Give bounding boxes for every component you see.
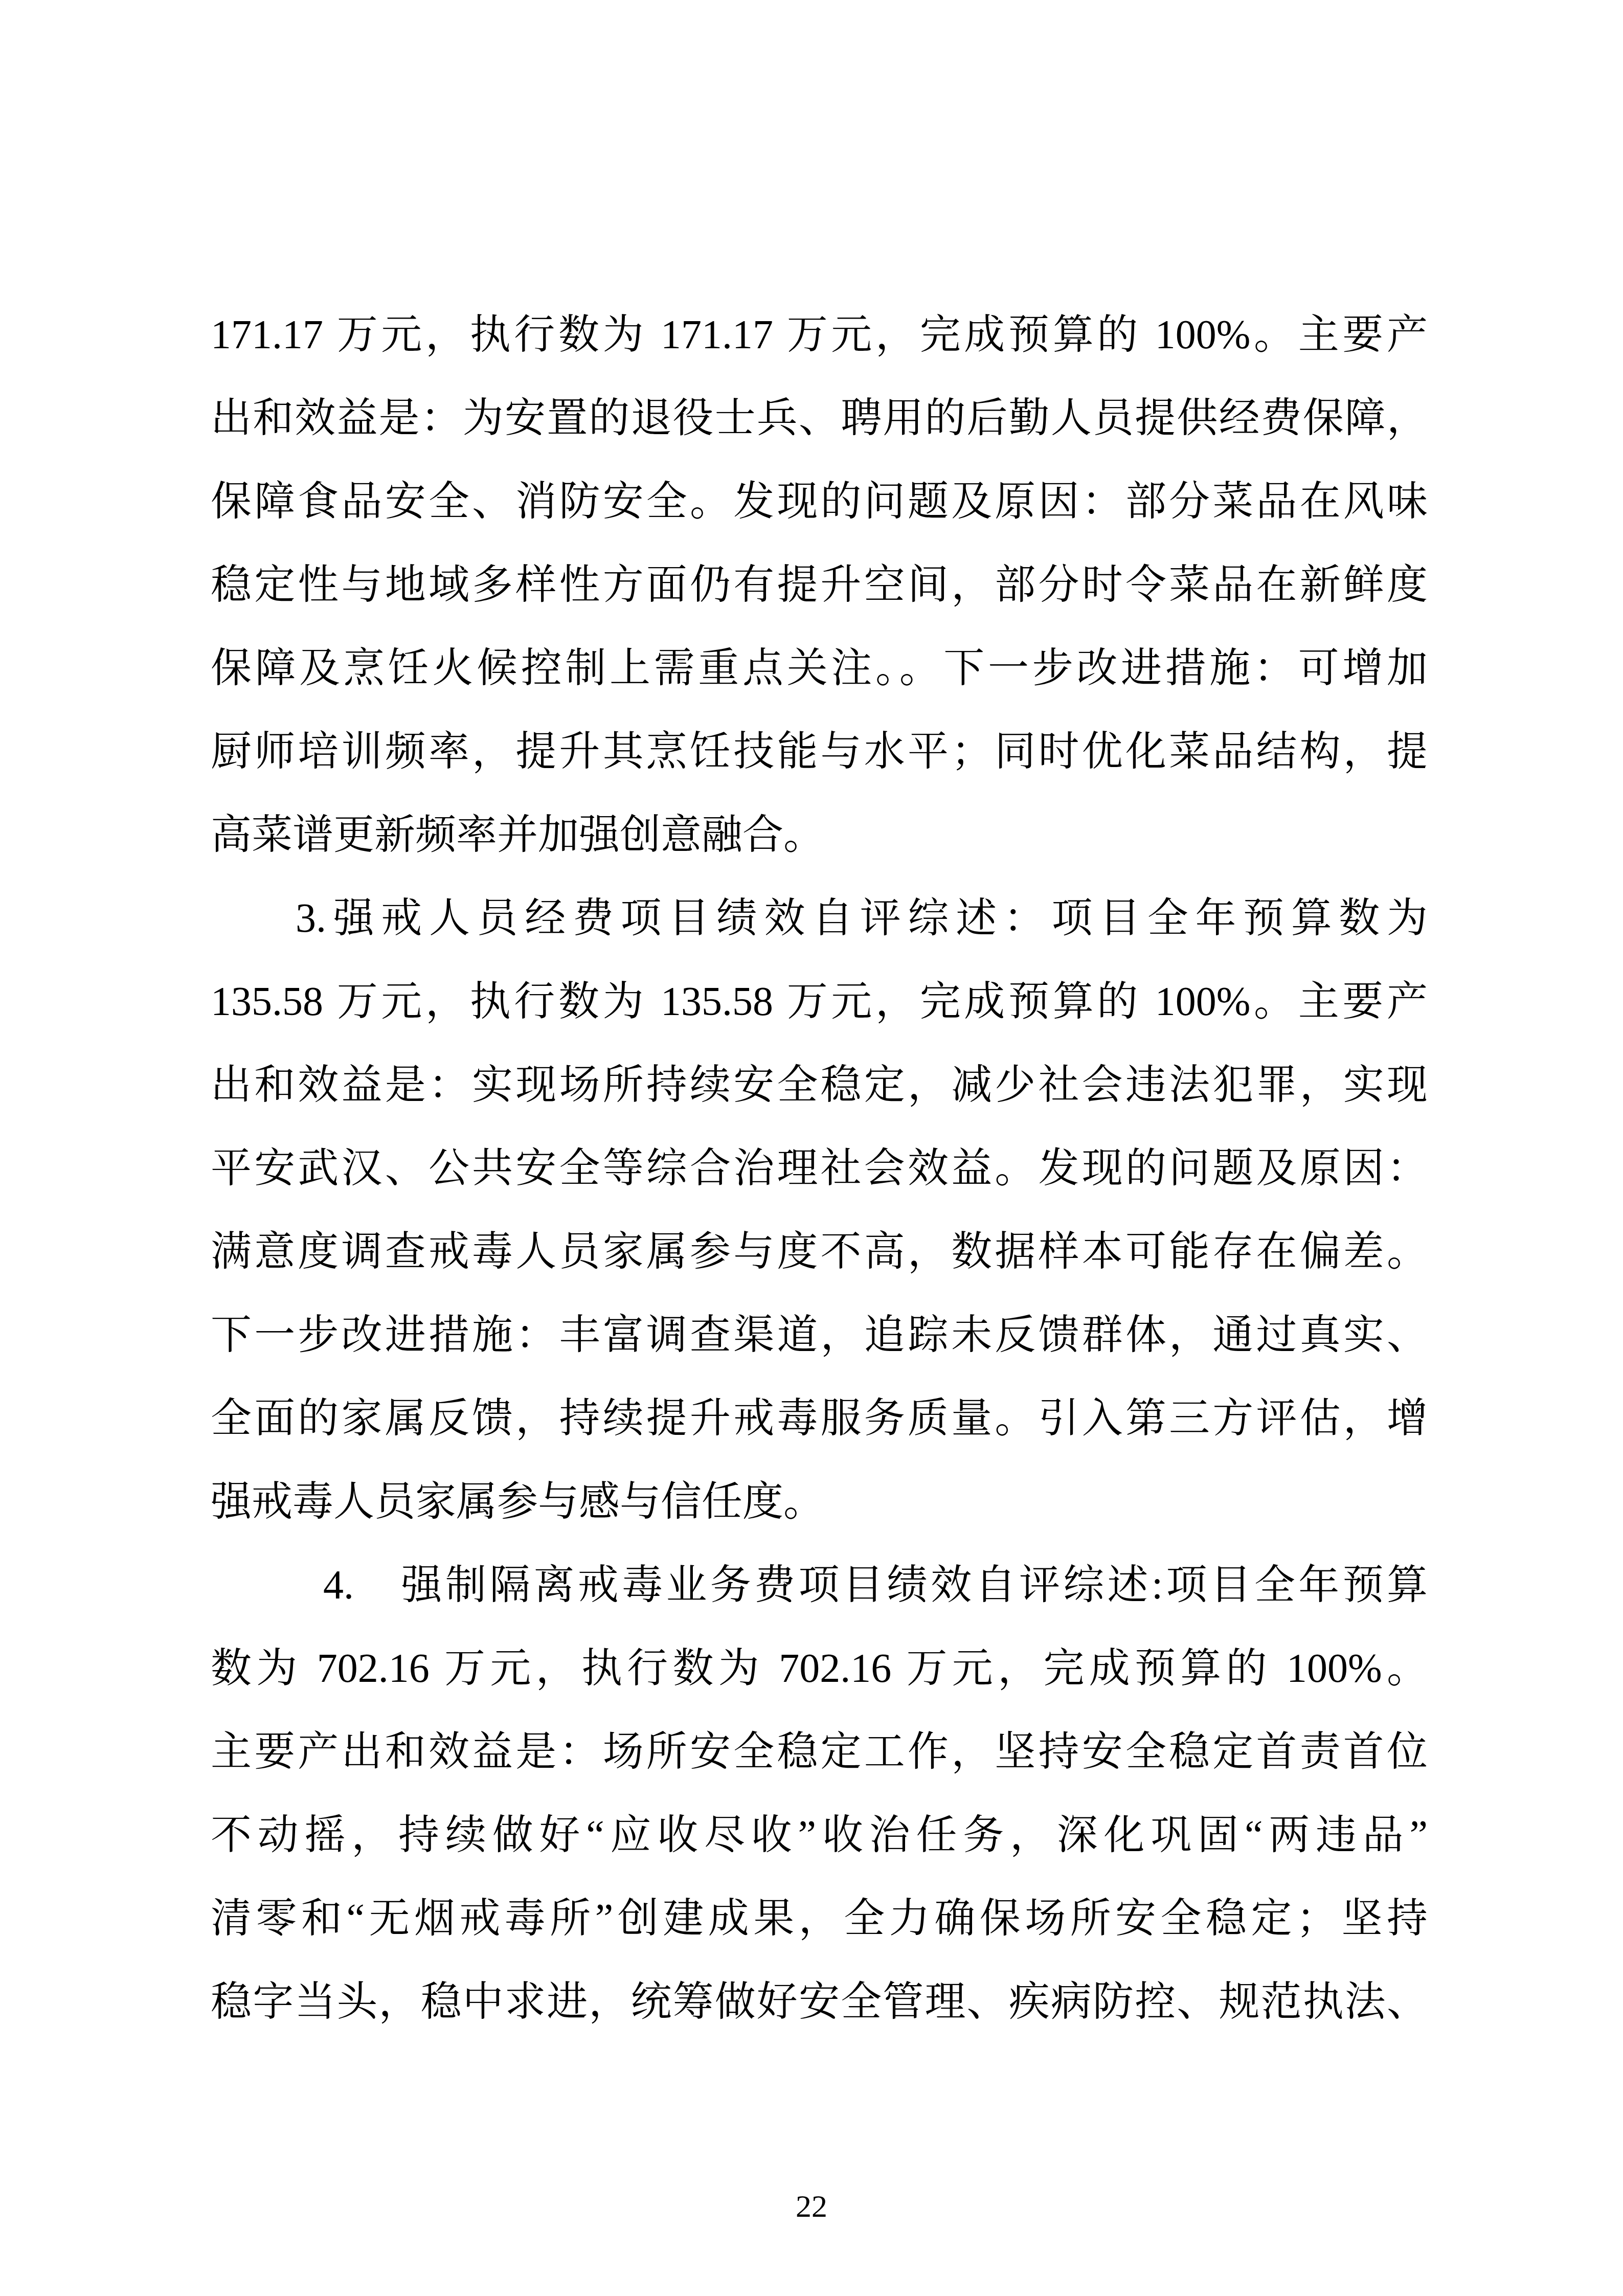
text-line: 保障食品安全、消防安全。发现的问题及原因：部分菜品在风味 <box>211 460 1428 544</box>
text-line: 稳定性与地域多样性方面仍有提升空间，部分时令菜品在新鲜度 <box>211 544 1428 627</box>
paragraph-start-line-item-4: 4. 强制隔离戒毒业务费项目绩效自评综述:项目全年预算 <box>211 1544 1428 1627</box>
text-line: 主要产出和效益是：场所安全稳定工作，坚持安全稳定首责首位 <box>211 1710 1428 1794</box>
text-line: 清零和“无烟戒毒所”创建成果，全力确保场所安全稳定；坚持 <box>211 1877 1428 1961</box>
text-line: 出和效益是：实现场所持续安全稳定，减少社会违法犯罪，实现 <box>211 1044 1428 1127</box>
text-line: 不动摇，持续做好“应收尽收”收治任务，深化巩固“两违品” <box>211 1794 1428 1877</box>
text-line: 171.17 万元，执行数为 171.17 万元，完成预算的 100%。主要产 <box>211 294 1428 377</box>
text-line: 保障及烹饪火候控制上需重点关注。。下一步改进措施：可增加 <box>211 627 1428 710</box>
paragraph-end-line: 强戒毒人员家属参与感与信任度。 <box>211 1460 1428 1544</box>
page-number: 22 <box>0 2189 1623 2224</box>
document-page: 171.17 万元，执行数为 171.17 万元，完成预算的 100%。主要产 … <box>0 0 1623 2296</box>
text-block: 171.17 万元，执行数为 171.17 万元，完成预算的 100%。主要产 … <box>211 294 1428 2044</box>
text-line: 厨师培训频率，提升其烹饪技能与水平；同时优化菜品结构，提 <box>211 710 1428 794</box>
text-line: 135.58 万元，执行数为 135.58 万元，完成预算的 100%。主要产 <box>211 960 1428 1044</box>
text-line: 数为 702.16 万元，执行数为 702.16 万元，完成预算的 100%。 <box>211 1627 1428 1710</box>
paragraph-start-line-item-3: 3.强戒人员经费项目绩效自评综述：项目全年预算数为 <box>211 877 1428 960</box>
text-line: 稳字当头，稳中求进，统筹做好安全管理、疾病防控、规范执法、 <box>211 1961 1428 2044</box>
text-line: 出和效益是：为安置的退役士兵、聘用的后勤人员提供经费保障， <box>211 377 1428 460</box>
text-line: 平安武汉、公共安全等综合治理社会效益。发现的问题及原因： <box>211 1127 1428 1210</box>
text-line: 全面的家属反馈，持续提升戒毒服务质量。引入第三方评估，增 <box>211 1377 1428 1460</box>
text-line: 满意度调查戒毒人员家属参与度不高，数据样本可能存在偏差。 <box>211 1210 1428 1294</box>
paragraph-end-line: 高菜谱更新频率并加强创意融合。 <box>211 794 1428 877</box>
text-line: 下一步改进措施：丰富调查渠道，追踪未反馈群体，通过真实、 <box>211 1294 1428 1377</box>
